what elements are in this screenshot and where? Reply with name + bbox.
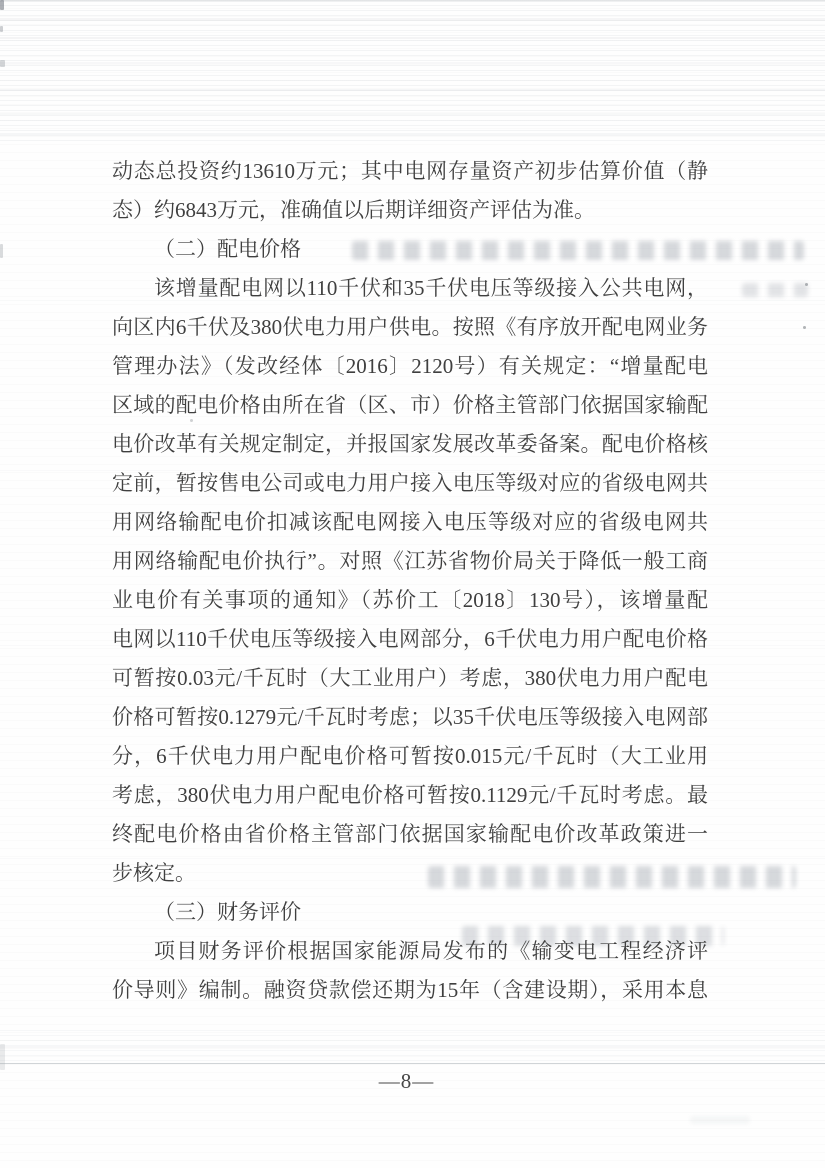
- scan-streak: [0, 37, 825, 39]
- text-line: 用网络输配电价扣减该配电网接入电压等级对应的省级电网共: [112, 503, 708, 542]
- text-line: 该增量配电网以110千伏和35千伏电压等级接入公共电网，: [112, 269, 708, 308]
- edge-mark: [0, 0, 4, 10]
- text-line: 分，6千伏电力用户配电价格可暂按0.015元/千瓦时（大工业用户）: [112, 737, 708, 776]
- text-line: 项目财务评价根据国家能源局发布的《输变电工程经济评: [112, 932, 708, 971]
- edge-mark: [0, 26, 3, 32]
- text-line: 终配电价格由省价格主管部门依据国家输配电价改革政策进一: [112, 815, 708, 854]
- document-body: 动态总投资约13610万元；其中电网存量资产初步估算价值（静 态）约6843万元…: [112, 152, 708, 1010]
- text-line: 价格可暂按0.1279元/千瓦时考虑；以35千伏电压等级接入电网部: [112, 698, 708, 737]
- scan-streak: [0, 18, 825, 21]
- scan-streak: [0, 89, 825, 91]
- text-line: 电网以110千伏电压等级接入电网部分，6千伏电力用户配电价格: [112, 620, 708, 659]
- text-line: 定前，暂按售电公司或电力用户接入电压等级对应的省级电网共: [112, 464, 708, 503]
- text-line: 电价改革有关规定制定，并报国家发展改革委备案。配电价格核: [112, 425, 708, 464]
- scan-band-top: [0, 0, 825, 145]
- scanned-document-page: 动态总投资约13610万元；其中电网存量资产初步估算价值（静 态）约6843万元…: [0, 0, 825, 1168]
- text-line: 用网络输配电价执行”。对照《江苏省物价局关于降低一般工商: [112, 542, 708, 581]
- edge-mark: [0, 60, 5, 67]
- footer-divider: [0, 1063, 825, 1064]
- text-line: 向区内6千伏及380伏电力用户供电。按照《有序放开配电网业务: [112, 308, 708, 347]
- scan-speck: [803, 326, 806, 329]
- scan-smudge: [690, 1116, 750, 1124]
- text-line: 动态总投资约13610万元；其中电网存量资产初步估算价值（静: [112, 152, 708, 191]
- scan-streak: [0, 62, 825, 64]
- scan-streak: [0, 113, 825, 115]
- section-heading: （三）财务评价: [112, 893, 708, 932]
- scan-streak: [0, 0, 825, 2]
- bleed-through-mark: [742, 283, 808, 297]
- scan-streak: [0, 1046, 825, 1048]
- section-heading: （二）配电价格: [112, 230, 708, 269]
- text-line: 区域的配电价格由所在省（区、市）价格主管部门依据国家输配: [112, 386, 708, 425]
- page-number: —8—: [0, 1066, 813, 1096]
- text-line: 业电价有关事项的通知》（苏价工〔2018〕130号），该增量配: [112, 581, 708, 620]
- text-line: 态）约6843万元，准确值以后期详细资产评估为准。: [112, 191, 708, 230]
- text-line: 价导则》编制。融资贷款偿还期为15年（含建设期），采用本息: [112, 971, 708, 1010]
- scan-streak: [0, 133, 825, 135]
- text-line: 管理办法》（发改经体〔2016〕2120号）有关规定：“增量配电: [112, 347, 708, 386]
- text-line: 考虑，380伏电力用户配电价格可暂按0.1129元/千瓦时考虑。最: [112, 776, 708, 815]
- edge-mark: [0, 244, 3, 258]
- text-line: 可暂按0.03元/千瓦时（大工业用户）考虑，380伏电力用户配电: [112, 659, 708, 698]
- text-line: 步核定。: [112, 854, 708, 893]
